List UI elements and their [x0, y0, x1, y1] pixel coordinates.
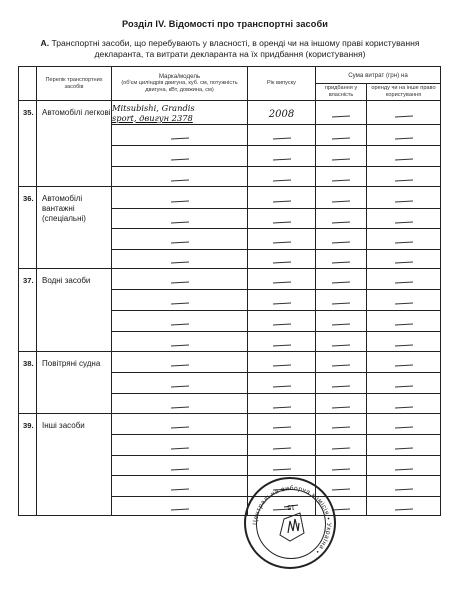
purchase-cell	[316, 456, 367, 476]
rent-cell	[367, 269, 441, 290]
section-title: Розділ IV. Відомості про транспортні зас…	[0, 19, 450, 29]
model-cell	[112, 456, 248, 476]
year-cell	[248, 332, 316, 352]
header-rent: оренду чи на інше право користування	[367, 84, 441, 101]
year-cell: 2008	[248, 101, 316, 125]
empty-dash	[394, 179, 412, 181]
rent-cell	[367, 167, 441, 187]
year-cell	[248, 250, 316, 269]
empty-dash	[394, 489, 412, 491]
year-cell	[248, 352, 316, 373]
header-model-note: (об'єм циліндрів двигуна, куб. см, потуж…	[112, 80, 247, 94]
empty-dash	[394, 509, 412, 511]
empty-dash	[170, 159, 188, 161]
empty-dash	[272, 324, 290, 326]
group-number: 38.	[19, 352, 37, 414]
empty-dash	[394, 365, 412, 367]
empty-dash	[170, 262, 188, 264]
empty-dash	[394, 468, 412, 470]
rent-cell	[367, 332, 441, 352]
rent-cell	[367, 456, 441, 476]
model-cell	[112, 167, 248, 187]
year-cell	[248, 187, 316, 209]
year-cell	[248, 209, 316, 229]
purchase-cell	[316, 146, 367, 167]
empty-dash	[170, 179, 188, 181]
model-cell: Mitsubishi, Grandissport, двигун 2378	[112, 101, 248, 125]
year-cell	[248, 269, 316, 290]
rent-cell	[367, 497, 441, 516]
year-cell	[248, 311, 316, 332]
purchase-cell	[316, 352, 367, 373]
header-sum: Сума витрат (грн) на	[316, 67, 441, 84]
empty-dash	[170, 200, 188, 202]
empty-dash	[170, 365, 188, 367]
rent-cell	[367, 352, 441, 373]
header-model-title: Марка/модель	[112, 73, 247, 80]
header-model: Марка/модель (об'єм циліндрів двигуна, к…	[112, 67, 248, 101]
empty-dash	[272, 365, 290, 367]
model-cell	[112, 146, 248, 167]
empty-dash	[332, 365, 350, 367]
group-type-label: Повітряні судна	[37, 352, 112, 414]
model-cell	[112, 414, 248, 435]
handwritten-model-line: Mitsubishi, Grandis	[112, 103, 247, 113]
model-cell	[112, 290, 248, 311]
svg-text:Центральна виборча комісія • У: Центральна виборча комісія • Україна •	[252, 484, 332, 555]
rent-cell	[367, 476, 441, 497]
rent-cell	[367, 311, 441, 332]
empty-dash	[272, 221, 290, 223]
empty-dash	[332, 179, 350, 181]
empty-dash	[332, 200, 350, 202]
handwritten-model-line: sport, двигун 2378	[112, 113, 247, 123]
empty-dash	[170, 448, 188, 450]
empty-dash	[394, 324, 412, 326]
empty-dash	[394, 159, 412, 161]
empty-dash	[394, 242, 412, 244]
empty-dash	[332, 282, 350, 284]
empty-dash	[272, 468, 290, 470]
year-cell	[248, 167, 316, 187]
purchase-cell	[316, 414, 367, 435]
empty-dash	[272, 282, 290, 284]
empty-dash	[272, 427, 290, 429]
stamp-emblem-icon: Центральна виборча комісія • Україна • 1…	[246, 479, 338, 571]
empty-dash	[170, 406, 188, 408]
rent-cell	[367, 394, 441, 414]
empty-dash	[332, 303, 350, 305]
rent-cell	[367, 435, 441, 456]
empty-dash	[332, 324, 350, 326]
header-year: Рік випуску	[248, 67, 316, 101]
empty-dash	[272, 179, 290, 181]
table-header-row: Перелік транспортних засобів Марка/модел…	[19, 67, 441, 84]
rent-cell	[367, 187, 441, 209]
purchase-cell	[316, 290, 367, 311]
model-cell	[112, 352, 248, 373]
year-cell	[248, 146, 316, 167]
year-cell	[248, 229, 316, 250]
year-cell	[248, 125, 316, 146]
rent-cell	[367, 414, 441, 435]
rent-cell	[367, 290, 441, 311]
official-stamp: Центральна виборча комісія • Україна • 1…	[244, 477, 336, 569]
year-cell	[248, 290, 316, 311]
empty-dash	[272, 138, 290, 140]
group-number: 36.	[19, 187, 37, 269]
empty-dash	[170, 489, 188, 491]
empty-dash	[272, 262, 290, 264]
rent-cell	[367, 146, 441, 167]
rent-cell	[367, 229, 441, 250]
year-cell	[248, 414, 316, 435]
purchase-cell	[316, 435, 367, 456]
empty-dash	[170, 468, 188, 470]
empty-dash	[332, 427, 350, 429]
header-purchase: придбання у власність	[316, 84, 367, 101]
rent-cell	[367, 125, 441, 146]
purchase-cell	[316, 311, 367, 332]
group-type-label: Автомобілі легкові	[37, 101, 112, 187]
model-cell	[112, 373, 248, 394]
table-row: 36.Автомобілі вантажні (спеціальні)	[19, 187, 441, 209]
group-type-label: Інші засоби	[37, 414, 112, 516]
vehicles-table: Перелік транспортних засобів Марка/модел…	[18, 66, 441, 516]
group-number: 39.	[19, 414, 37, 516]
empty-dash	[170, 509, 188, 511]
rent-cell	[367, 101, 441, 125]
empty-dash	[272, 159, 290, 161]
model-cell	[112, 476, 248, 497]
empty-dash	[170, 282, 188, 284]
empty-dash	[394, 448, 412, 450]
empty-dash	[394, 406, 412, 408]
empty-dash	[272, 303, 290, 305]
group-type-label: Водні засоби	[37, 269, 112, 352]
purchase-cell	[316, 125, 367, 146]
empty-dash	[332, 115, 350, 117]
rent-cell	[367, 373, 441, 394]
purchase-cell	[316, 269, 367, 290]
empty-dash	[272, 344, 290, 346]
empty-dash	[332, 406, 350, 408]
year-value: 2008	[269, 109, 294, 120]
year-cell	[248, 373, 316, 394]
subsection-title: Транспортні засоби, що перебувають у вла…	[52, 38, 420, 59]
subsection-heading: А. Транспортні засоби, що перебувають у …	[30, 38, 430, 60]
purchase-cell	[316, 250, 367, 269]
year-cell	[248, 394, 316, 414]
year-cell	[248, 456, 316, 476]
empty-dash	[170, 324, 188, 326]
empty-dash	[394, 344, 412, 346]
purchase-cell	[316, 332, 367, 352]
purchase-cell	[316, 209, 367, 229]
empty-dash	[394, 115, 412, 117]
rent-cell	[367, 250, 441, 269]
empty-dash	[332, 386, 350, 388]
purchase-cell	[316, 167, 367, 187]
empty-dash	[332, 159, 350, 161]
purchase-cell	[316, 394, 367, 414]
empty-dash	[394, 138, 412, 140]
empty-dash	[394, 200, 412, 202]
empty-dash	[170, 386, 188, 388]
empty-dash	[272, 386, 290, 388]
empty-dash	[170, 242, 188, 244]
model-cell	[112, 250, 248, 269]
table-row: 37.Водні засоби	[19, 269, 441, 290]
empty-dash	[332, 344, 350, 346]
empty-dash	[332, 448, 350, 450]
purchase-cell	[316, 373, 367, 394]
model-cell	[112, 229, 248, 250]
empty-dash	[332, 138, 350, 140]
empty-dash	[394, 427, 412, 429]
model-cell	[112, 311, 248, 332]
header-type: Перелік транспортних засобів	[37, 67, 112, 101]
header-number-cell	[19, 67, 37, 101]
model-cell	[112, 394, 248, 414]
empty-dash	[170, 303, 188, 305]
empty-dash	[394, 221, 412, 223]
empty-dash	[394, 303, 412, 305]
group-type-label: Автомобілі вантажні (спеціальні)	[37, 187, 112, 269]
group-number: 37.	[19, 269, 37, 352]
model-cell	[112, 187, 248, 209]
model-cell	[112, 497, 248, 516]
table-row: 39.Інші засоби	[19, 414, 441, 435]
table-row: 38.Повітряні судна	[19, 352, 441, 373]
model-cell	[112, 435, 248, 456]
empty-dash	[332, 221, 350, 223]
model-cell	[112, 125, 248, 146]
empty-dash	[272, 406, 290, 408]
model-cell	[112, 269, 248, 290]
svg-text:15: 15	[287, 503, 295, 510]
table-row: 35.Автомобілі легковіMitsubishi, Grandis…	[19, 101, 441, 125]
empty-dash	[272, 448, 290, 450]
empty-dash	[272, 242, 290, 244]
model-cell	[112, 332, 248, 352]
purchase-cell	[316, 229, 367, 250]
empty-dash	[332, 262, 350, 264]
purchase-cell	[316, 187, 367, 209]
empty-dash	[272, 200, 290, 202]
empty-dash	[170, 138, 188, 140]
empty-dash	[170, 344, 188, 346]
rent-cell	[367, 209, 441, 229]
empty-dash	[170, 221, 188, 223]
empty-dash	[332, 468, 350, 470]
empty-dash	[170, 427, 188, 429]
group-number: 35.	[19, 101, 37, 187]
empty-dash	[332, 242, 350, 244]
empty-dash	[394, 386, 412, 388]
year-cell	[248, 435, 316, 456]
empty-dash	[394, 262, 412, 264]
subsection-letter: А.	[41, 38, 50, 48]
empty-dash	[394, 282, 412, 284]
purchase-cell	[316, 101, 367, 125]
model-cell	[112, 209, 248, 229]
